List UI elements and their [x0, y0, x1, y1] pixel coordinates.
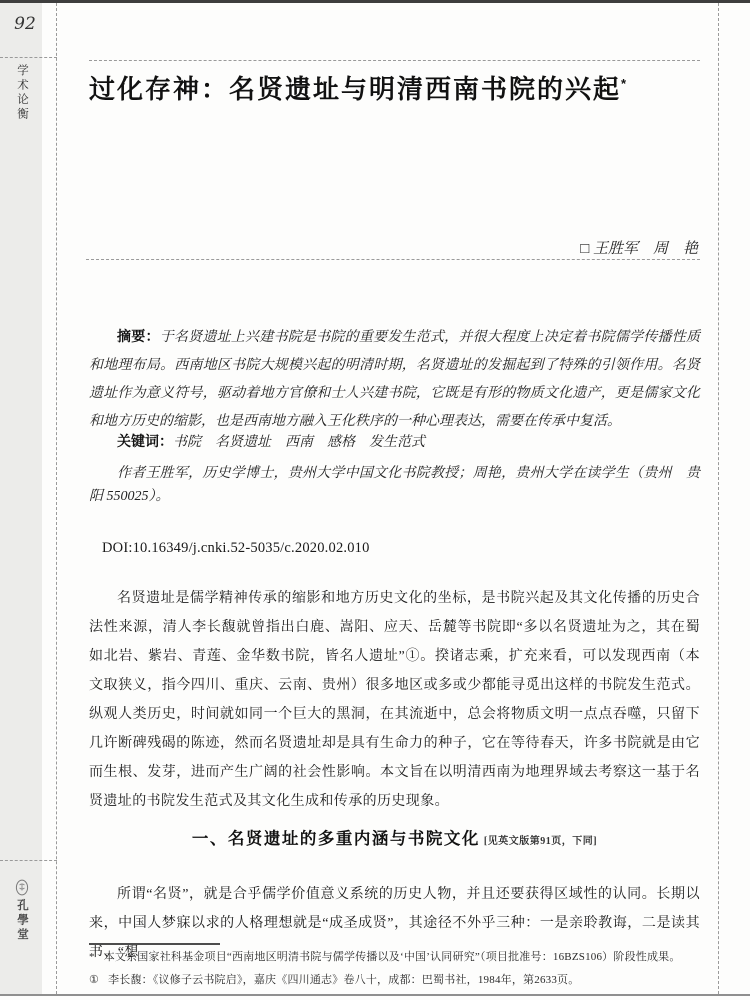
- column-label-vertical: 学术论衡: [14, 64, 30, 122]
- title-footnote-asterisk: *: [621, 76, 626, 91]
- keywords-text: 书院 名贤遗址 西南 感格 发生范式: [173, 435, 425, 450]
- journal-page: 92 学术论衡 孔學堂 过化存神：名贤遗址与明清西南书院的兴起* □ 王胜军 周…: [0, 0, 750, 1000]
- sidebar-background: [0, 3, 42, 994]
- footnote-1-marker: *: [89, 950, 95, 964]
- footnote-2: ①李长馥：《议修子云书院启》，嘉庆《四川通志》卷八十，成都：巴蜀书社，1984年…: [89, 973, 704, 987]
- author-bio: 作者王胜军，历史学博士，贵州大学中国文化书院教授；周艳，贵州大学在读学生（贵州 …: [89, 463, 700, 508]
- abstract-label: 摘要：: [117, 330, 160, 345]
- abstract-paragraph: 摘要：于名贤遗址上兴建书院是书院的重要发生范式，并很大程度上决定着书院儒学传播性…: [89, 324, 700, 436]
- footnote-1-text: 本文系国家社科基金项目“西南地区明清书院与儒学传播以及‘中国’认同研究”（项目批…: [104, 951, 681, 963]
- page-number: 92: [10, 14, 40, 34]
- article-title: 过化存神：名贤遗址与明清西南书院的兴起*: [89, 69, 709, 106]
- footnote-separator-rule: [89, 943, 220, 945]
- bottom-border-rule: [0, 994, 750, 996]
- right-margin-dashed-line: [718, 3, 719, 994]
- left-margin-dashed-line: [56, 3, 57, 994]
- press-mark-vertical: 孔學堂: [14, 899, 30, 943]
- article-title-text: 过化存神：名贤遗址与明清西南书院的兴起: [89, 74, 621, 104]
- abstract-text: 于名贤遗址上兴建书院是书院的重要发生范式，并很大程度上决定着书院儒学传播性质和地…: [89, 330, 700, 429]
- section-heading: 一、名贤遗址的多重内涵与书院文化[见英文版第91页，下同]: [89, 824, 700, 851]
- top-border-rule: [0, 0, 750, 3]
- section-heading-text: 一、名贤遗址的多重内涵与书院文化: [192, 830, 480, 848]
- author-byline: □ 王胜军 周 艳: [89, 237, 698, 258]
- authors-bottom-dashed-line: [86, 259, 700, 260]
- footnote-1: *本文系国家社科基金项目“西南地区明清书院与儒学传播以及‘中国’认同研究”（项目…: [89, 950, 704, 964]
- doi-line: DOI:10.16349/j.cnki.52-5035/c.2020.02.01…: [102, 540, 370, 557]
- section-heading-note: [见英文版第91页，下同]: [484, 836, 597, 847]
- keywords-label: 关键词：: [117, 435, 173, 450]
- body-paragraph-1: 名贤遗址是儒学精神传承的缩影和地方历史文化的坐标，是书院兴起及其文化传播的历史合…: [89, 584, 700, 816]
- seal-icon: [15, 879, 29, 901]
- sidebar-divider-top: [0, 57, 57, 58]
- title-top-dashed-line: [89, 60, 700, 61]
- footnote-2-text: 李长馥：《议修子云书院启》，嘉庆《四川通志》卷八十，成都：巴蜀书社，1984年，…: [108, 974, 579, 986]
- footnote-2-marker: ①: [89, 973, 99, 987]
- sidebar-divider-bottom: [0, 860, 57, 861]
- keywords-line: 关键词：书院 名贤遗址 西南 感格 发生范式: [89, 431, 700, 451]
